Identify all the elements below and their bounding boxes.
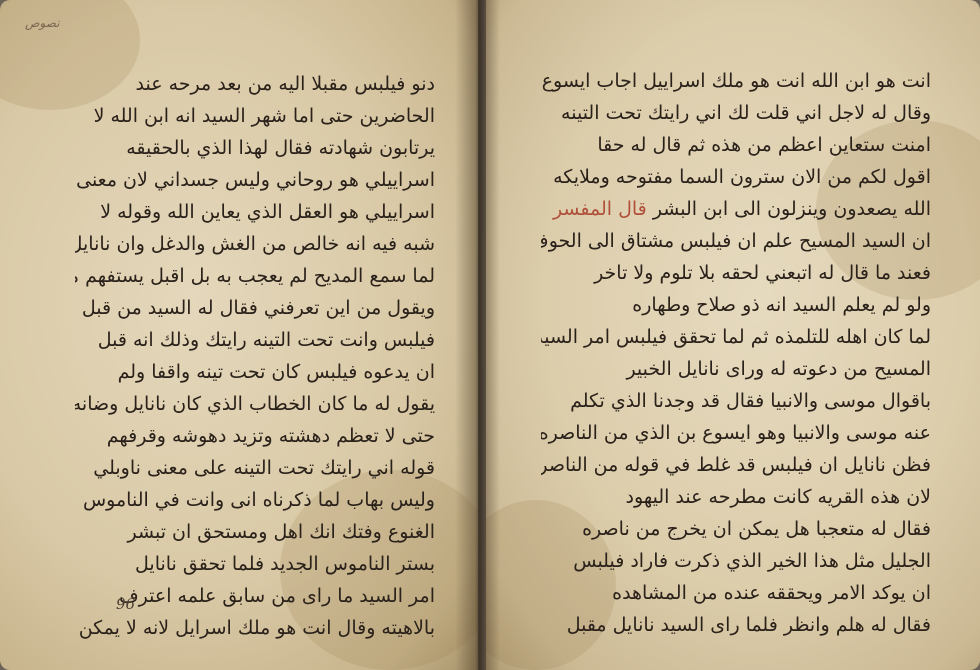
text-line: باقوال موسى والانبيا فقال قد وجدنا الذي … [541,385,931,417]
text-line: بستر الناموس الجديد فلما تحقق نانايل [75,548,435,580]
text-line: قوله اني رايتك تحت التينه على معنى ناوبل… [75,452,435,484]
text-line: الجليل مثل هذا الخير الذي ذكرت فاراد فيل… [541,545,931,577]
text-line: يقول له ما كان الخطاب الذي كان نانايل وض… [75,388,435,420]
text-line: ان يدعوه فيلبس كان تحت تينه واقفا ولم [75,356,435,388]
book-gutter [455,0,500,670]
text-line: ولو لم يعلم السيد انه ذو صلاح وطهاره [541,289,931,321]
folio-number: 96 [116,595,135,613]
text-line: عنه موسى والانبيا وهو ايسوع بن الذي من ا… [541,417,931,449]
text-line: يرتابون شهادته فقال لهذا الذي بالحقيقه [75,132,435,164]
text-line: ويقول من اين تعرفني فقال له السيد من قبل… [75,292,435,324]
text-line: فقال له هلم وانظر فلما راى السيد نانايل … [541,609,931,641]
text-line: انت هو ابن الله انت هو ملك اسراييل اجاب … [541,65,931,97]
text-line: اسراييلي هو روحاني وليس جسداني لان معنى [75,164,435,196]
text-line: دنو فيلبس مقبلا اليه من بعد مرحه عند [75,68,435,100]
text-line: ان السيد المسيح علم ان فيلبس مشتاق الى ا… [541,225,931,257]
rubric: قال المفسر [553,198,653,220]
text-line: وليس بهاب لما ذكرناه انى وانت في الناموس [75,484,435,516]
right-page: انت هو ابن الله انت هو ملك اسراييل اجاب … [486,0,980,670]
margin-note: نصوص [25,16,59,30]
left-page: نصوص دنو فيلبس مقبلا اليه من بعد مرحه عن… [0,0,478,670]
left-page-text: دنو فيلبس مقبلا اليه من بعد مرحه عندالحا… [75,68,435,644]
text-line: المسيح من دعوته له وراى نانايل الخبير [541,353,931,385]
text-line: شبه فيه انه خالص من الغش والدغل وان نانا… [75,228,435,260]
text-line: لما سمع المديح لم يعجب به بل اقبل يستفهم… [75,260,435,292]
text-line: بالاهيته وقال انت هو ملك اسرايل لانه لا … [75,612,435,644]
text-line: اقول لكم من الان سترون السما مفتوحه وملا… [541,161,931,193]
text-line: لان هذه القريه كانت مطرحه عند اليهود [541,481,931,513]
text-line: وقال له لاجل اني قلت لك اني رايتك تحت ال… [541,97,931,129]
text-line: الغنوع وفتك انك اهل ومستحق ان تبشر [75,516,435,548]
text-line: فظن نانايل ان فيلبس قد غلط في قوله من ال… [541,449,931,481]
text-line: الحاضرين حتى اما شهر السيد انه ابن الله … [75,100,435,132]
right-page-text: انت هو ابن الله انت هو ملك اسراييل اجاب … [541,65,931,641]
text-line: اسراييلي هو العقل الذي يعاين الله وقوله … [75,196,435,228]
text-line: الله يصعدون وينزلون الى ابن البشر قال ال… [541,193,931,225]
text-line: فعند ما قال له اتبعني لحقه بلا تلوم ولا … [541,257,931,289]
text-line: فيلبس وانت تحت التينه رايتك وذلك انه قبل [75,324,435,356]
text-line: ان يوكد الامر ويحققه عنده من المشاهده [541,577,931,609]
text-line: فقال له متعجبا هل يمكن ان يخرج من ناصره [541,513,931,545]
text-line: امنت ستعاين اعظم من هذه ثم قال له حقا [541,129,931,161]
text-line: حتى لا تعظم دهشته وتزيد دهوشه وقرفهم [75,420,435,452]
manuscript-spread: نصوص دنو فيلبس مقبلا اليه من بعد مرحه عن… [0,0,980,670]
text-line: لما كان اهله للتلمذه ثم لما تحقق فيلبس ا… [541,321,931,353]
